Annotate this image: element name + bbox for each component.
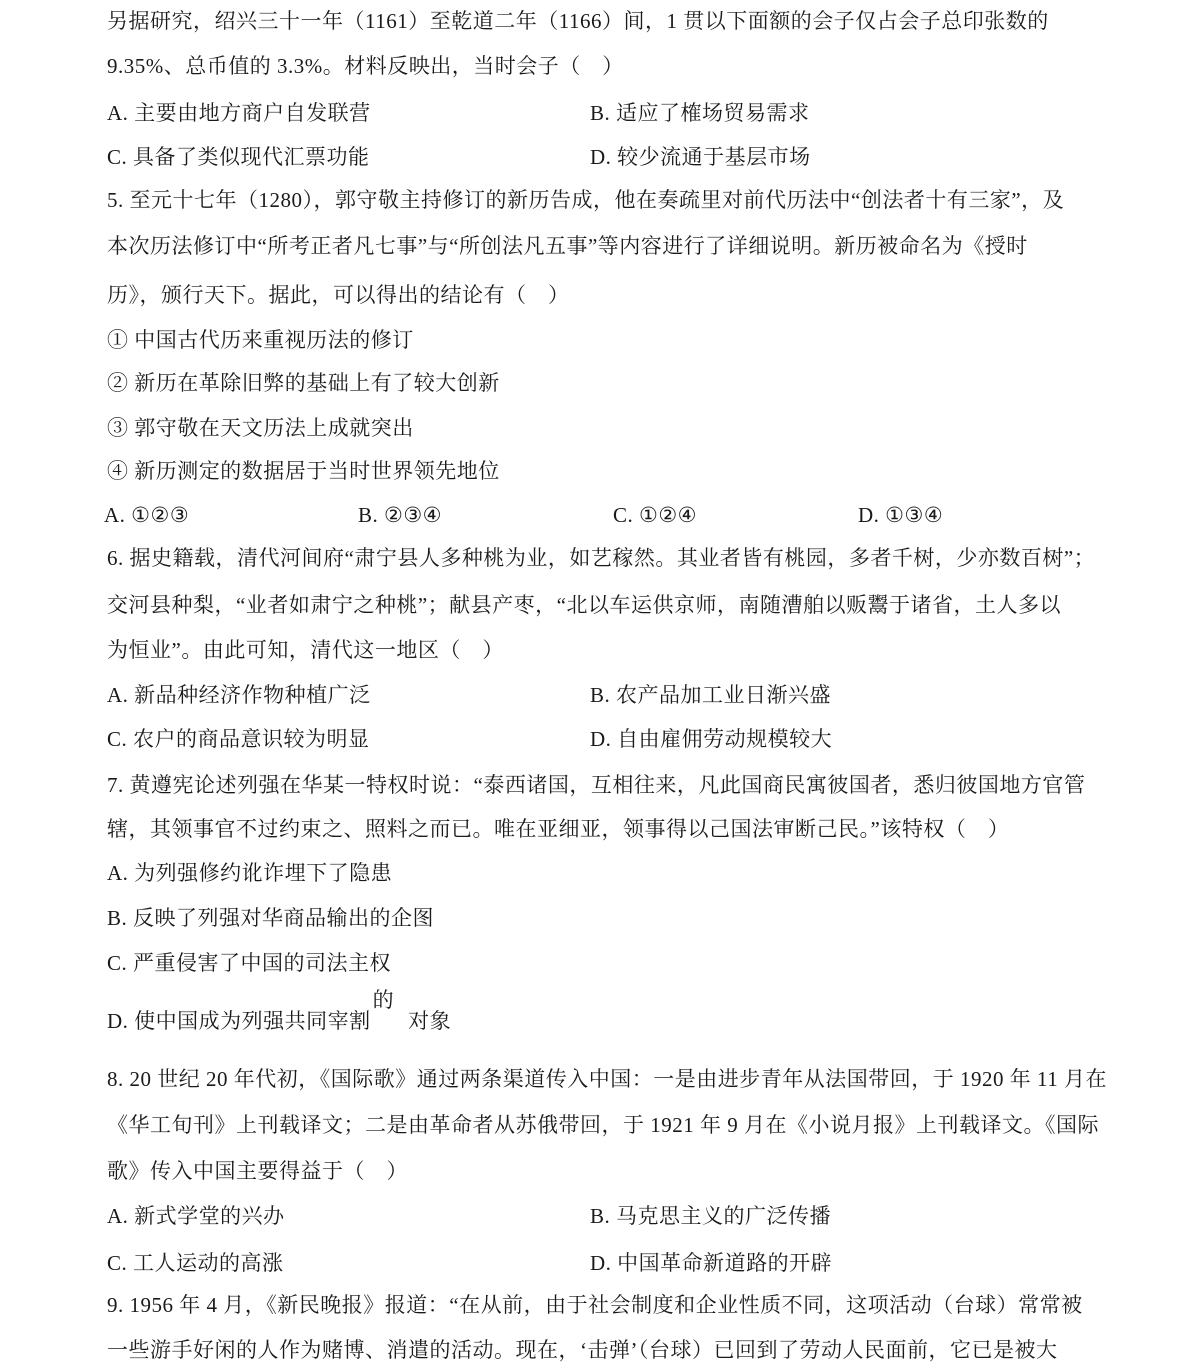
q8-option-c: C. 工人运动的高涨 — [107, 1250, 284, 1276]
q7-option-a: A. 为列强修约讹诈埋下了隐患 — [107, 860, 392, 886]
q7-option-b: B. 反映了列强对华商品输出的企图 — [107, 905, 434, 931]
q4-option-a: A. 主要由地方商户自发联营 — [107, 100, 371, 126]
q5-statement-3: ③ 郭守敬在天文历法上成就突出 — [107, 415, 414, 441]
q4-option-c: C. 具备了类似现代汇票功能 — [107, 144, 370, 170]
q5-stem-line-2: 本次历法修订中“所考正者凡七事”与“所创法凡五事”等内容进行了详细说明。新历被命… — [107, 233, 1028, 259]
q7-option-d: D. 使中国成为列强共同宰割的对象 — [107, 1008, 451, 1034]
q8-option-a: A. 新式学堂的兴办 — [107, 1203, 285, 1229]
q6-stem-line-1: 6. 据史籍载，清代河间府“肃宁县人多种桃为业，如艺稼然。其业者皆有桃园，多者千… — [107, 545, 1095, 571]
q5-stem-line-1: 5. 至元十七年（1280），郭守敬主持修订的新历告成，他在奏疏里对前代历法中“… — [107, 187, 1064, 213]
q5-statement-4: ④ 新历测定的数据居于当时世界领先地位 — [107, 458, 500, 484]
q4-stem-line-2: 9.35%、总币值的 3.3%。材料反映出，当时会子（ ） — [107, 53, 624, 79]
q4-option-b: B. 适应了榷场贸易需求 — [590, 100, 810, 126]
q9-stem-line-2: 一些游手好闲的人作为赌博、消遣的活动。现在，‘击弹’（台球）已回到了劳动人民面前… — [107, 1337, 1057, 1363]
q6-stem-line-2: 交河县种梨，“业者如肃宁之种桃”；献县产枣，“北以车运供京师，南随漕舶以贩鬻于诸… — [107, 592, 1061, 618]
q6-option-c: C. 农户的商品意识较为明显 — [107, 726, 370, 752]
q5-statement-1: ① 中国古代历来重视历法的修订 — [107, 327, 414, 353]
q5-option-c: C. ①②④ — [613, 502, 697, 528]
q9-stem-line-1: 9. 1956 年 4 月，《新民晚报》报道：“在从前，由于社会制度和企业性质不… — [107, 1292, 1083, 1318]
q7-stem-line-2: 辖，其领事官不过约束之、照料之而已。唯在亚细亚，领事得以己国法审断己民。”该特权… — [107, 816, 1009, 842]
q5-option-a: A. ①②③ — [104, 502, 189, 528]
q8-option-d: D. 中国革命新道路的开辟 — [590, 1250, 832, 1276]
q6-option-a: A. 新品种经济作物种植广泛 — [107, 682, 371, 708]
q5-option-b: B. ②③④ — [358, 502, 442, 528]
q6-option-b: B. 农产品加工业日渐兴盛 — [590, 682, 831, 708]
q7-option-c: C. 严重侵害了中国的司法主权 — [107, 950, 391, 976]
q6-stem-line-3: 为恒业”。由此可知，清代这一地区（ ） — [107, 637, 504, 663]
q4-stem-line-1: 另据研究，绍兴三十一年（1161）至乾道二年（1166）间，1 贯以下面额的会子… — [107, 8, 1049, 34]
q5-option-d: D. ①③④ — [858, 502, 943, 528]
q7-option-d-raised-char: 的 — [373, 988, 395, 1012]
exam-page: 另据研究，绍兴三十一年（1161）至乾道二年（1166）间，1 贯以下面额的会子… — [0, 0, 1190, 1372]
q7-option-d-tail: 对象 — [408, 1009, 451, 1033]
q7-stem-line-1: 7. 黄遵宪论述列强在华某一特权时说：“泰西诸国，互相往来，凡此国商民寓彼国者，… — [107, 772, 1085, 798]
q8-stem-line-2: 《华工旬刊》上刊载译文；二是由革命者从苏俄带回，于 1921 年 9 月在《小说… — [107, 1112, 1099, 1138]
q4-option-d: D. 较少流通于基层市场 — [590, 144, 811, 170]
q8-stem-line-3: 歌》传入中国主要得益于（ ） — [107, 1158, 408, 1184]
q7-option-d-main: D. 使中国成为列强共同宰割 — [107, 1009, 371, 1033]
q8-stem-line-1: 8. 20 世纪 20 年代初，《国际歌》通过两条渠道传入中国：一是由进步青年从… — [107, 1066, 1107, 1092]
q8-option-b: B. 马克思主义的广泛传播 — [590, 1203, 831, 1229]
q5-stem-line-3: 历》，颁行天下。据此，可以得出的结论有（ ） — [107, 282, 570, 308]
q6-option-d: D. 自由雇佣劳动规模较大 — [590, 726, 832, 752]
q5-statement-2: ② 新历在革除旧弊的基础上有了较大创新 — [107, 370, 500, 396]
